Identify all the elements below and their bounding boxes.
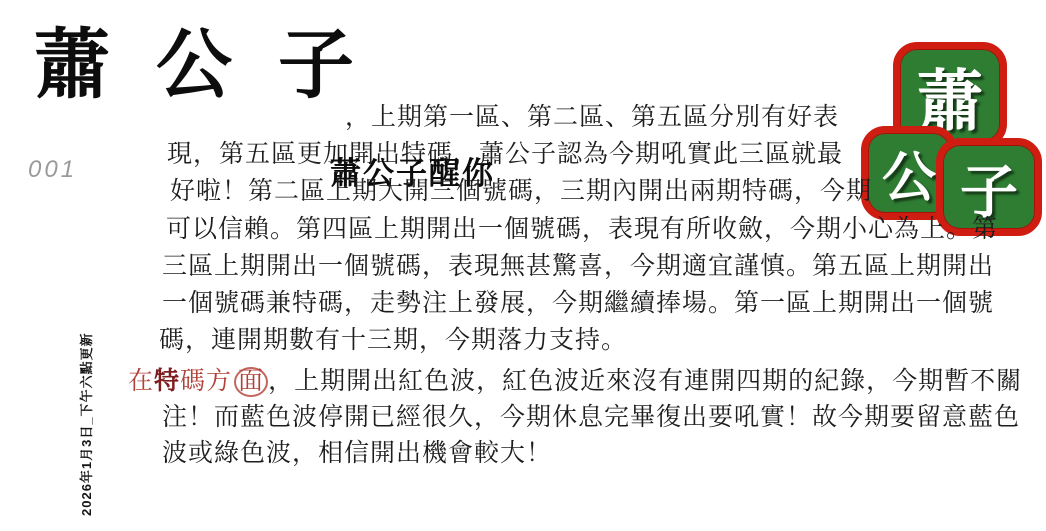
- date-strip-vertical: 2026年1月3日_下午六點更新: [76, 332, 95, 516]
- article-line-1: ，上期第一區、第二區、第五區分別有好表: [345, 97, 839, 133]
- special-lead-char-2-bold: 特: [154, 368, 180, 395]
- article-line-7: 碼，連開期數有十三期，今期落力支持。: [159, 320, 627, 356]
- article-line-5: 三區上期開出一個號碼，表現無甚驚喜，今期適宜謹慎。第五區上期開出: [162, 246, 994, 282]
- special-section-line-3: 波或綠色波，相信開出機會較大！: [162, 433, 552, 469]
- special-lead-chars-3: 碼方: [180, 368, 232, 395]
- special-lead-char-1: 在: [128, 368, 154, 395]
- article-line-4: 可以信賴。第四區上期開出一個號碼，表現有所收斂，今期小心為上。第: [166, 209, 998, 245]
- special-section-line-2: 注！而藍色波停開已經很久，今期休息完畢復出要吼實！故今期要留意藍色: [162, 397, 1020, 433]
- article-line-2: 現，第五區更加開出特碼，蕭公子認為今期吼實此三區就最: [167, 134, 843, 170]
- special-section-line-1: 在特碼方面，上期開出紅色波，紅色波近來沒有連開四期的紀錄，今期暫不關: [128, 361, 1022, 397]
- special-lead-char-circled: 面: [234, 367, 268, 397]
- lottery-analysis-page: 蕭公子 001 2026年1月3日_下午六點更新 蕭 公 子 ，上期第一區、第二…: [0, 0, 1046, 531]
- article-line-6: 一個號碼兼特碼，走勢注上發展，今期繼續捧場。第一區上期開出一個號: [162, 283, 994, 319]
- special-line-1-rest: ，上期開出紅色波，紅色波近來沒有連開四期的紀錄，今期暫不關: [268, 368, 1022, 395]
- article-line-3: 好啦！第二區上期大開三個號碼，三期內開出兩期特碼，今期: [170, 171, 872, 207]
- issue-number: 001: [28, 156, 77, 184]
